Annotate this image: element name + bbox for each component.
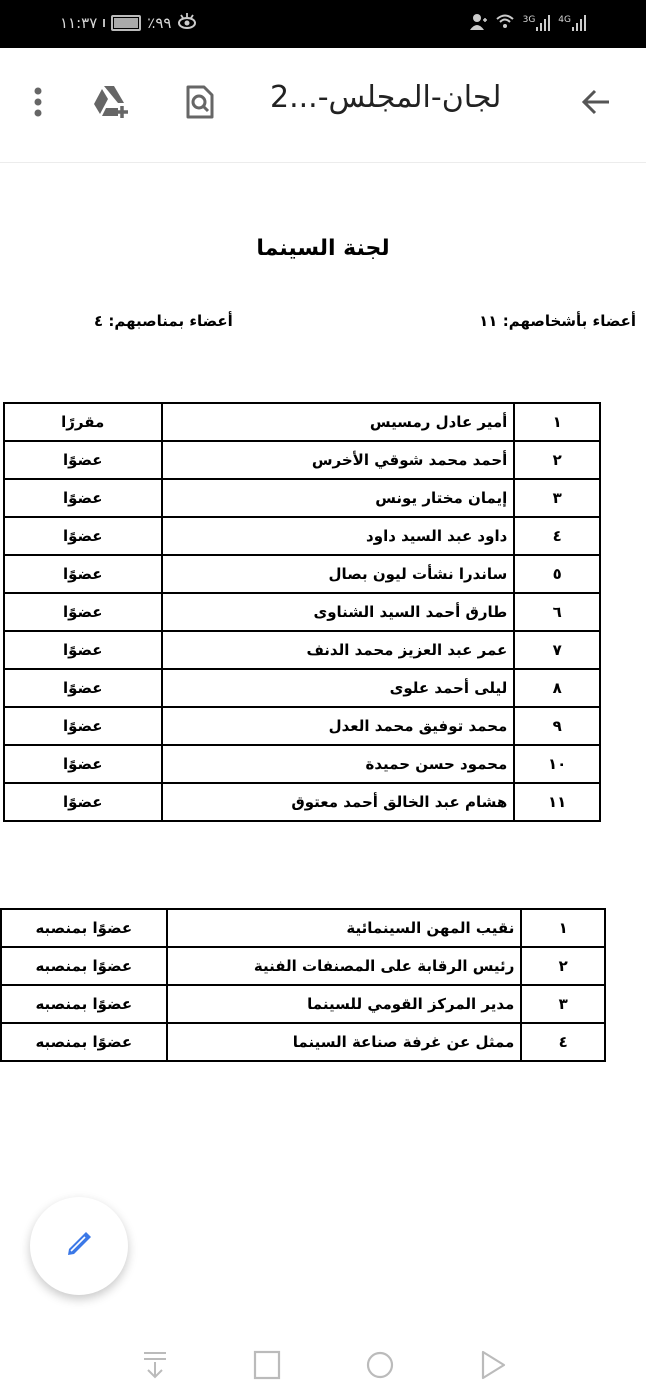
member-name: محمود حسن حميدة xyxy=(162,745,515,783)
member-name: عمر عبد العزيز محمد الدنف xyxy=(162,631,515,669)
committee-title: لجنة السينما xyxy=(0,236,646,261)
row-number: ٣ xyxy=(521,985,605,1023)
row-number: ٥ xyxy=(514,555,600,593)
notification-pull-icon[interactable] xyxy=(138,1348,172,1382)
table-row: ٥ساندرا نشأت ليون بصالعضوًا xyxy=(4,555,600,593)
edit-fab-button[interactable] xyxy=(30,1197,128,1295)
table-row: ٧عمر عبد العزيز محمد الدنفعضوًا xyxy=(4,631,600,669)
table-row: ٦طارق أحمد السيد الشناوىعضوًا xyxy=(4,593,600,631)
row-number: ٧ xyxy=(514,631,600,669)
member-role: عضوًا بمنصبه xyxy=(1,985,167,1023)
member-name: ممثل عن غرفة صناعة السينما xyxy=(167,1023,522,1061)
member-name: طارق أحمد السيد الشناوى xyxy=(162,593,515,631)
member-name: ليلى أحمد علوى xyxy=(162,669,515,707)
row-number: ١١ xyxy=(514,783,600,821)
member-name: إيمان مختار يونس xyxy=(162,479,515,517)
table-row: ٢أحمد محمد شوقي الأخرسعضوًا xyxy=(4,441,600,479)
row-number: ٢ xyxy=(514,441,600,479)
row-number: ٤ xyxy=(521,1023,605,1061)
table-row: ٤داود عبد السيد داودعضوًا xyxy=(4,517,600,555)
signal-3g: 3G xyxy=(523,15,551,31)
member-name: أحمد محمد شوقي الأخرس xyxy=(162,441,515,479)
status-right: 3G 4G xyxy=(469,12,586,33)
find-in-document-icon[interactable] xyxy=(178,80,222,124)
member-role: عضوًا بمنصبه xyxy=(1,1023,167,1061)
member-role: مقررًا xyxy=(4,403,162,441)
table-row: ٨ليلى أحمد علوىعضوًا xyxy=(4,669,600,707)
member-name: أمير عادل رمسيس xyxy=(162,403,515,441)
more-options-icon[interactable] xyxy=(16,80,60,124)
member-role: عضوًا xyxy=(4,631,162,669)
status-left: ١١:٣٧ ٪٩٩ xyxy=(60,12,197,34)
member-role: عضوًا xyxy=(4,707,162,745)
home-circle-icon[interactable] xyxy=(363,1348,397,1382)
member-role: عضوًا xyxy=(4,783,162,821)
app-toolbar: لجان-المجلس-...2 xyxy=(0,48,646,163)
row-number: ١ xyxy=(521,909,605,947)
member-name: رئيس الرقابة على المصنفات الفنية xyxy=(167,947,522,985)
row-number: ٤ xyxy=(514,517,600,555)
member-role: عضوًا xyxy=(4,479,162,517)
members-by-person-count: أعضاء بأشخاصهم: ١١ xyxy=(479,312,636,330)
member-name: محمد توفيق محمد العدل xyxy=(162,707,515,745)
add-user-icon xyxy=(469,12,487,33)
status-bar: ١١:٣٧ ٪٩٩ 3G 4G xyxy=(0,0,646,48)
table-row: ٢رئيس الرقابة على المصنفات الفنيةعضوًا ب… xyxy=(1,947,605,985)
member-name: داود عبد السيد داود xyxy=(162,517,515,555)
wifi-icon xyxy=(495,12,515,33)
members-table: ١أمير عادل رمسيسمقررًا٢أحمد محمد شوقي ال… xyxy=(3,402,601,822)
table-row: ٤ممثل عن غرفة صناعة السينماعضوًا بمنصبه xyxy=(1,1023,605,1061)
row-number: ٢ xyxy=(521,947,605,985)
member-role: عضوًا xyxy=(4,745,162,783)
battery-icon xyxy=(111,15,141,31)
add-to-drive-icon[interactable] xyxy=(90,80,134,124)
row-number: ١٠ xyxy=(514,745,600,783)
back-arrow-icon[interactable] xyxy=(574,80,618,124)
member-name: مدير المركز القومي للسينما xyxy=(167,985,522,1023)
document-title: لجان-المجلس-...2 xyxy=(270,80,501,115)
members-by-position-count: أعضاء بمناصبهم: ٤ xyxy=(94,312,233,330)
recents-square-icon[interactable] xyxy=(250,1348,284,1382)
table-row: ١٠محمود حسن حميدةعضوًا xyxy=(4,745,600,783)
table-row: ٣مدير المركز القومي للسينماعضوًا بمنصبه xyxy=(1,985,605,1023)
member-role: عضوًا xyxy=(4,669,162,707)
battery-percent: ٪٩٩ xyxy=(147,14,171,32)
eye-comfort-icon xyxy=(177,12,197,34)
table-row: ٣إيمان مختار يونسعضوًا xyxy=(4,479,600,517)
clock: ١١:٣٧ xyxy=(60,14,97,32)
pencil-edit-icon xyxy=(62,1227,96,1265)
member-role: عضوًا بمنصبه xyxy=(1,909,167,947)
positions-table: ١نقيب المهن السينمائيةعضوًا بمنصبه٢رئيس … xyxy=(0,908,606,1062)
member-name: هشام عبد الخالق أحمد معتوق xyxy=(162,783,515,821)
member-role: عضوًا xyxy=(4,593,162,631)
table-row: ١أمير عادل رمسيسمقررًا xyxy=(4,403,600,441)
member-name: ساندرا نشأت ليون بصال xyxy=(162,555,515,593)
table-row: ١١هشام عبد الخالق أحمد معتوقعضوًا xyxy=(4,783,600,821)
table-row: ١نقيب المهن السينمائيةعضوًا بمنصبه xyxy=(1,909,605,947)
member-name: نقيب المهن السينمائية xyxy=(167,909,522,947)
row-number: ٨ xyxy=(514,669,600,707)
row-number: ١ xyxy=(514,403,600,441)
table-row: ٩محمد توفيق محمد العدلعضوًا xyxy=(4,707,600,745)
row-number: ٩ xyxy=(514,707,600,745)
battery-tip xyxy=(103,19,105,27)
row-number: ٦ xyxy=(514,593,600,631)
signal-bars-icon xyxy=(572,15,586,31)
member-role: عضوًا xyxy=(4,441,162,479)
signal-4g: 4G xyxy=(558,15,586,31)
member-role: عضوًا xyxy=(4,517,162,555)
system-nav-bar xyxy=(0,1330,646,1400)
signal-bars-icon xyxy=(536,15,550,31)
back-triangle-icon[interactable] xyxy=(476,1348,510,1382)
member-role: عضوًا xyxy=(4,555,162,593)
member-role: عضوًا بمنصبه xyxy=(1,947,167,985)
row-number: ٣ xyxy=(514,479,600,517)
